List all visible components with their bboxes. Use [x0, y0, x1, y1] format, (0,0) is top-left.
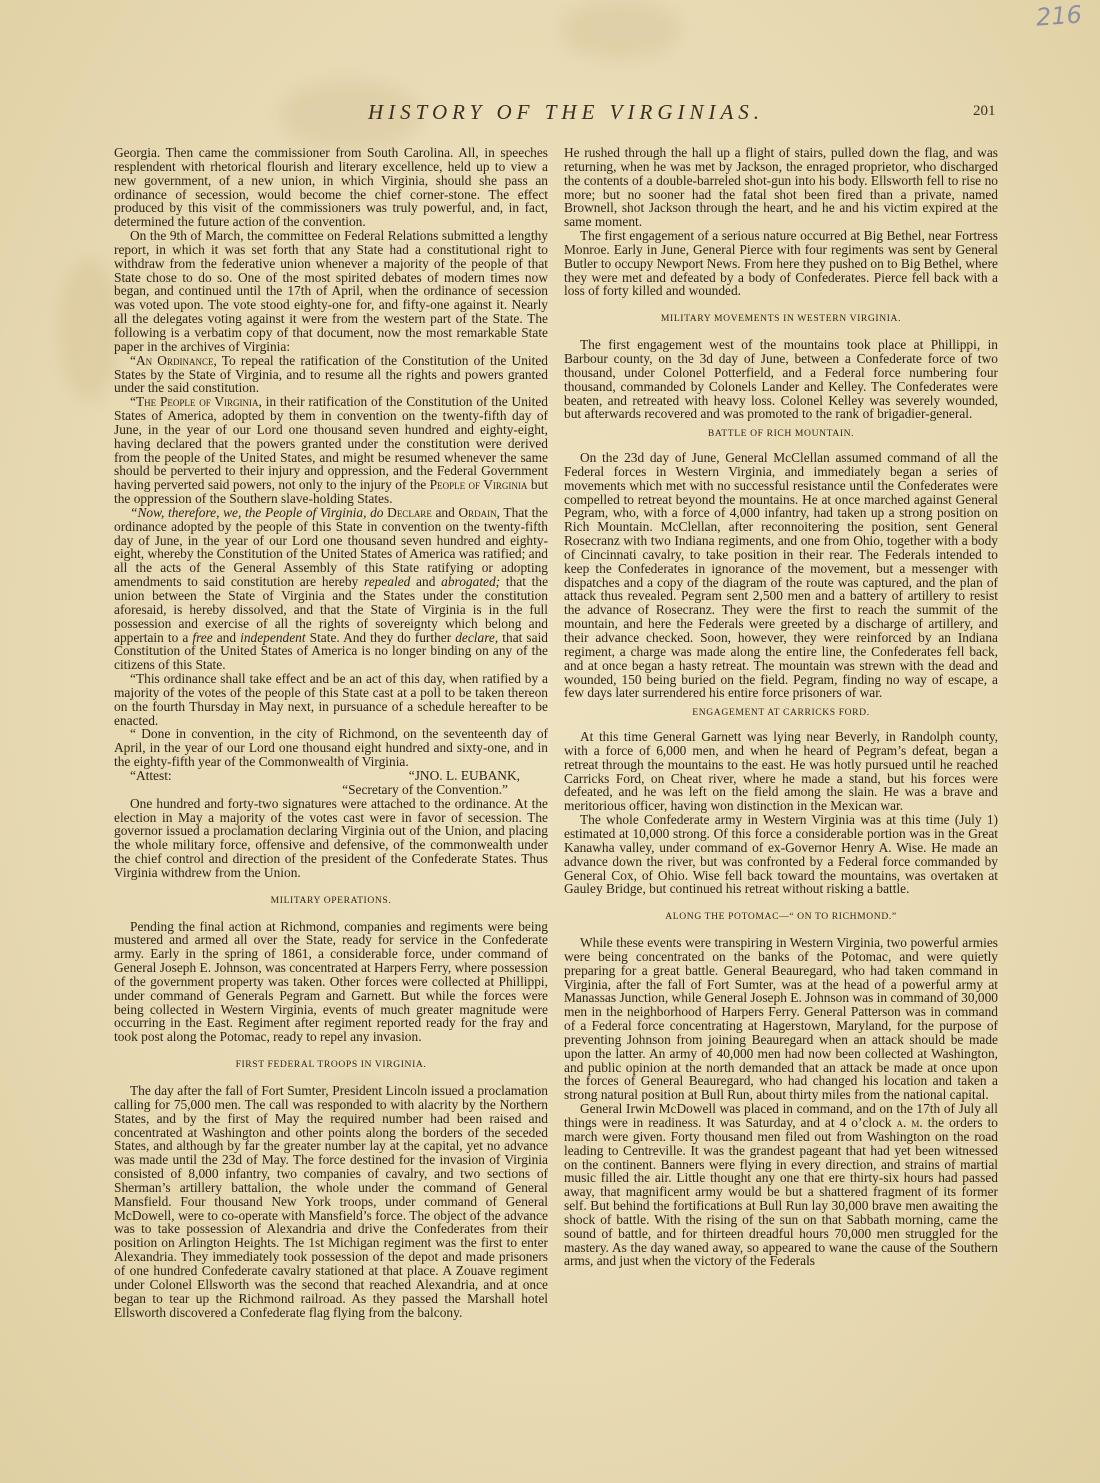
paragraph: Georgia. Then came the commissioner from…	[114, 146, 548, 229]
paragraph: The first engagement west of the mountai…	[564, 338, 998, 421]
running-header: HISTORY OF THE VIRGINIAS. 201	[0, 100, 1100, 124]
left-column: Georgia. Then came the commissioner from…	[114, 146, 548, 1319]
attest-label: “Attest:	[130, 769, 172, 783]
paragraph: The day after the fall of Fort Sumter, P…	[114, 1084, 548, 1319]
right-column: He rushed through the hall up a flight o…	[564, 146, 998, 1268]
italic-text: declare,	[455, 630, 498, 645]
paragraph: “This ordinance shall take effect and be…	[114, 672, 548, 727]
paragraph: At this time General Garnett was lying n…	[564, 730, 998, 813]
paragraph: The first engagement of a serious nature…	[564, 229, 998, 298]
italic-text: “Now, therefore, we, the People of Virgi…	[130, 505, 383, 520]
text-run: the orders to march were given. Forty th…	[564, 1115, 998, 1268]
ordinance-body: “Now, therefore, we, the People of Virgi…	[114, 506, 548, 672]
section-heading: Engagement at Carricks Ford.	[564, 706, 998, 720]
small-caps-text: “An Ordinance,	[130, 353, 217, 368]
small-caps-text: a. m.	[896, 1115, 922, 1130]
paragraph: He rushed through the hall up a flight o…	[564, 146, 998, 229]
italic-text: free	[192, 630, 212, 645]
ordinance-preamble: “The People of Virginia, in their ratifi…	[114, 395, 548, 506]
ordinance-title-paragraph: “An Ordinance, To repeal the ratificatio…	[114, 354, 548, 396]
text-run: and	[213, 630, 240, 645]
paragraph: The whole Confederate army in Western Vi…	[564, 813, 998, 896]
text-run: and	[410, 574, 441, 589]
section-heading: Along the Potomac—“ On to Richmond.”	[564, 910, 998, 924]
page-number: 201	[973, 103, 996, 120]
paragraph: General Irwin McDowell was placed in com…	[564, 1102, 998, 1268]
small-caps-text: “The People of Virginia,	[130, 394, 262, 409]
attest-line: “Attest: “JNO. L. EUBANK,	[114, 769, 548, 783]
section-heading: First Federal Troops in Virginia.	[114, 1058, 548, 1072]
text-run: and	[432, 505, 455, 520]
attest-title: “Secretary of the Convention.”	[114, 783, 548, 797]
paragraph: “ Done in convention, in the city of Ric…	[114, 727, 548, 769]
italic-text: repealed	[364, 574, 410, 589]
paper-stain	[560, 0, 680, 60]
section-heading: Military Operations.	[114, 894, 548, 908]
paragraph: On the 23d day of June, General McClella…	[564, 451, 998, 700]
section-heading: Military Movements in Western Virginia.	[564, 312, 998, 326]
pencil-page-note: 216	[1035, 0, 1083, 31]
paragraph: Pending the final action at Richmond, co…	[114, 920, 548, 1045]
section-heading: Battle of Rich Mountain.	[564, 427, 998, 441]
paragraph: One hundred and forty-two signatures wer…	[114, 797, 548, 880]
italic-text: independent	[240, 630, 305, 645]
attest-signatory: “JNO. L. EUBANK,	[409, 769, 548, 783]
small-caps-text: Ordain,	[455, 505, 500, 520]
paragraph: On the 9th of March, the committee on Fe…	[114, 229, 548, 354]
italic-text: abrogated;	[441, 574, 500, 589]
running-title: HISTORY OF THE VIRGINIAS.	[368, 100, 764, 125]
paragraph: While these events were transpiring in W…	[564, 936, 998, 1102]
small-caps-text: Declare	[383, 505, 431, 520]
small-caps-text: People of Virginia	[430, 477, 528, 492]
paper-stain	[60, 260, 120, 400]
text-run: State. And they do further	[306, 630, 456, 645]
